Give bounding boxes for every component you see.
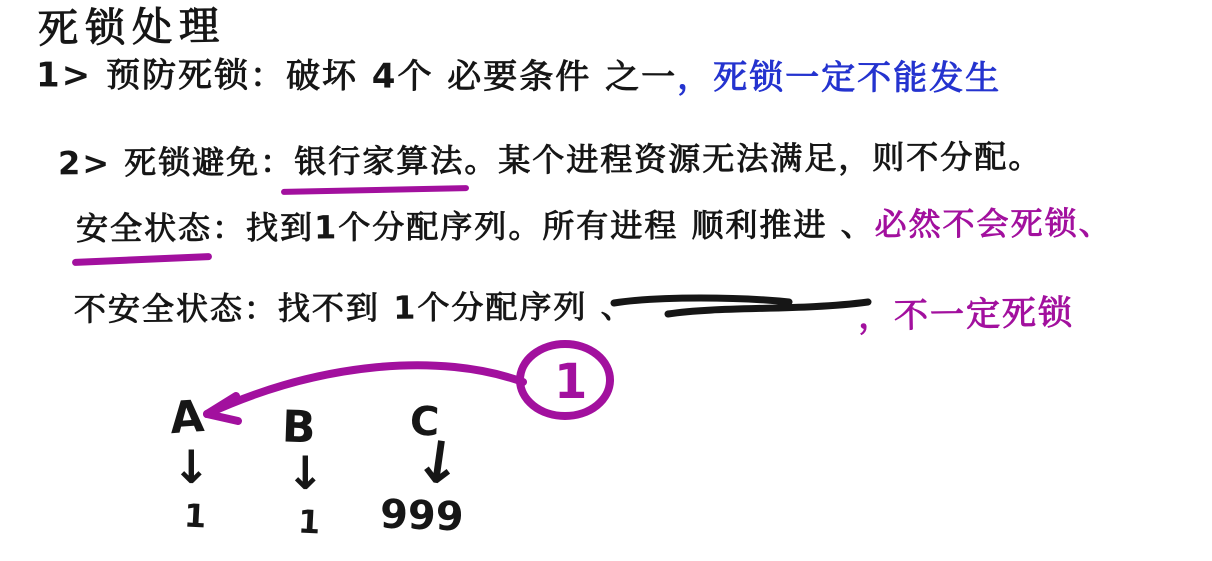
safe-state-conclusion-text: 必然不会死锁、: [875, 207, 1113, 240]
process-a-resource-count: 1: [183, 499, 209, 532]
unsafe-state-conclusion-text: ，不一定死锁: [858, 296, 1075, 334]
safe-state-text: 找到1个分配序列。所有进程 顺利推进 、: [246, 209, 875, 244]
pointer-arrow: [207, 365, 523, 421]
bankers-algorithm-term: 银行家算法: [294, 145, 464, 178]
process-b-arrow-icon: ↓: [286, 450, 327, 496]
strikethrough-scribble: [614, 298, 868, 314]
circled-1-label: 1: [554, 354, 587, 410]
process-c-resource-count: 999: [379, 495, 464, 538]
unsafe-state-text: 不安全状态：找不到 1个分配序列 、: [74, 291, 635, 326]
process-a-label: A: [169, 395, 208, 441]
avoidance-rest-text: 。某个进程资源无法满足，则不分配。: [464, 141, 1042, 177]
handwritten-note-canvas: 死锁处理 1> 预防死锁：破坏 4个 必要条件 之一 ，死锁一定不能发生 2> …: [0, 0, 1212, 561]
process-b-label: B: [281, 405, 318, 450]
process-a-arrow-icon: ↓: [172, 444, 213, 490]
bankers-algorithm-underline: [281, 185, 469, 195]
process-b-resource-count: 1: [297, 505, 323, 538]
note-title: 死锁处理: [38, 6, 227, 49]
process-c-arrow-icon: ↓: [410, 431, 468, 495]
prevention-conclusion-text: ，死锁一定不能发生: [677, 61, 1001, 96]
safe-state-underline: [72, 253, 212, 266]
prevention-text: 1> 预防死锁：破坏 4个 必要条件 之一: [36, 58, 677, 94]
avoidance-lead-text: 2> 死锁避免：: [58, 146, 294, 180]
safe-state-term: 安全状态: [76, 212, 212, 245]
circled-1-annotation: 1: [520, 344, 610, 416]
safe-state-colon: ：: [212, 212, 246, 244]
